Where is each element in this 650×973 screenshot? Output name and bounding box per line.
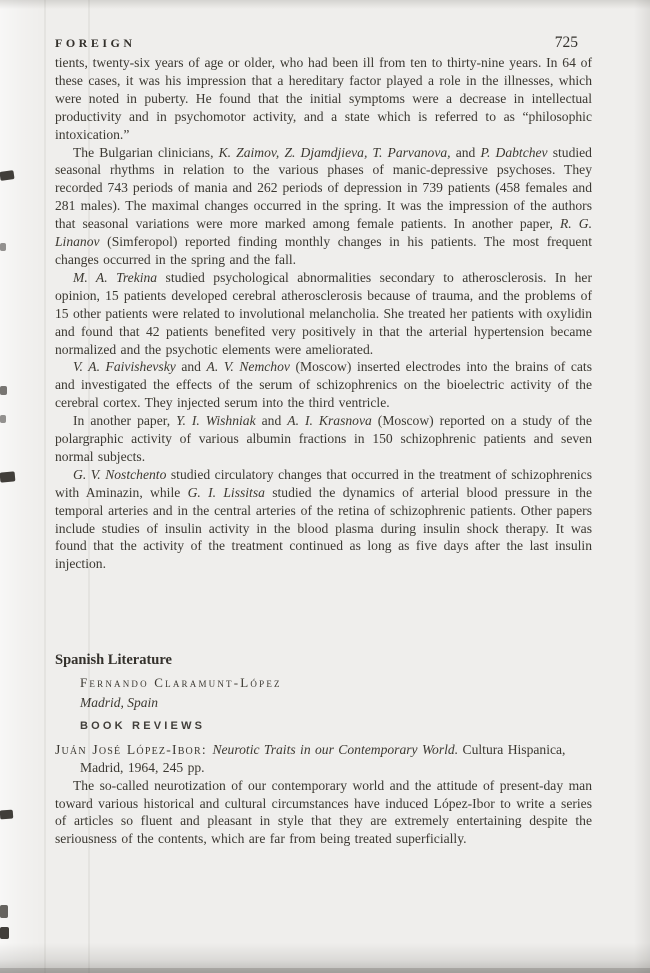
- binding-mark: [0, 471, 15, 482]
- editor-location: Madrid, Spain: [80, 695, 592, 711]
- page-header: FOREIGN 725: [55, 34, 592, 52]
- page-left-edge: [0, 0, 42, 973]
- section-title: Spanish Literature: [55, 651, 592, 669]
- binding-mark: [0, 810, 13, 820]
- page-top-shadow: [0, 0, 650, 9]
- review-citation: Juán José López-Ibor: Neurotic Traits in…: [55, 741, 592, 777]
- binding-mark: [0, 415, 6, 423]
- paragraph-trekina: M. A. Trekina studied psychological abno…: [55, 269, 592, 359]
- scanned-journal-page: FOREIGN 725 tients, twenty-six years of …: [0, 0, 650, 973]
- page-bottom-edge: [0, 968, 650, 973]
- spanish-literature-section: Spanish Literature Fernando Claramunt-Ló…: [55, 651, 592, 848]
- binding-mark: [0, 927, 9, 939]
- paragraph-bulgarian-clinicians: The Bulgarian clinicians, K. Zaimov, Z. …: [55, 144, 592, 269]
- section-editor-name: Fernando Claramunt-López: [80, 675, 592, 690]
- paragraph-wishniak: In another paper, Y. I. Wishniak and A. …: [55, 412, 592, 466]
- paragraph-faivishevsky: V. A. Faivishevsky and A. V. Nemchov (Mo…: [55, 358, 592, 412]
- paragraph-nostchento: G. V. Nostchento studied circulatory cha…: [55, 466, 592, 573]
- page-crease: [44, 0, 46, 973]
- running-head: FOREIGN: [55, 36, 136, 51]
- paragraph-continued: tients, twenty-six years of age or older…: [55, 54, 592, 144]
- binding-mark: [0, 386, 7, 395]
- page-right-shadow: [634, 0, 650, 973]
- binding-mark: [0, 905, 8, 918]
- page-number: 725: [555, 34, 578, 52]
- review-body: The so-called neurotization of our conte…: [55, 777, 592, 849]
- book-reviews-heading: BOOK REVIEWS: [80, 720, 592, 733]
- article-body: tients, twenty-six years of age or older…: [55, 54, 592, 573]
- binding-mark: [0, 243, 6, 251]
